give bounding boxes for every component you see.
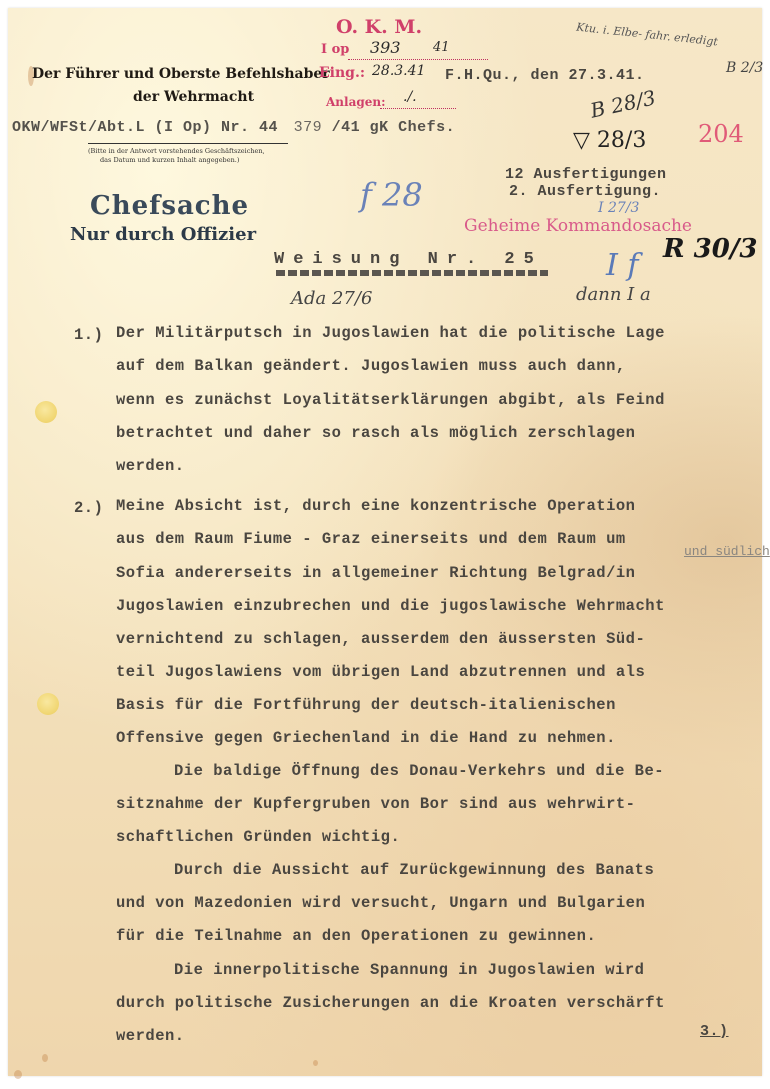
handwritten-signature: B 28/3 (588, 85, 658, 122)
place-date: F.H.Qu., den 27.3.41. (445, 67, 645, 84)
okm-eing-date: 28.3.41 (372, 63, 425, 79)
paragraph-2-line: Jugoslawien einzubrechen und die jugosla… (116, 599, 665, 615)
paragraph-2-line: und von Mazedonien wird versucht, Ungarn… (116, 896, 645, 912)
handwritten-red-number: 204 (698, 120, 744, 148)
paragraph-1-line: Der Militärputsch in Jugoslawien hat die… (116, 326, 665, 342)
okm-anlagen-label: Anlagen: (326, 95, 386, 109)
handwritten-f-mark: f 28 (360, 176, 423, 214)
stain (42, 1054, 48, 1062)
reference-suffix: /41 gK Chefs. (332, 119, 456, 136)
paragraph-2-line: Die innerpolitische Spannung in Jugoslaw… (174, 963, 644, 979)
reference-rule (88, 143, 288, 144)
punch-hole-top (35, 401, 57, 423)
letterhead-line1: Der Führer und Oberste Befehlshaber (32, 66, 330, 82)
paragraph-1-line: werden. (116, 459, 185, 475)
handwritten-top-note: Ktu. i. Elbe- fahr. erledigt (576, 21, 719, 49)
handwritten-dann-ia: dann I a (576, 284, 651, 305)
reference-prefix: OKW/WFSt/Abt.L (I Op) Nr. 44 (12, 119, 278, 136)
punch-hole-bottom (37, 693, 59, 715)
okm-anlagen-rule (380, 108, 456, 109)
geheime-kommandosache-stamp: Geheime Kommandosache (464, 216, 692, 236)
paragraph-2-line: vernichtend zu schlagen, ausserdem den ä… (116, 632, 645, 648)
reference-note-1: (Bitte in der Antwort vorstehendes Gesch… (88, 147, 265, 155)
okm-stamp-title: O. K. M. (336, 16, 422, 38)
paragraph-2-number: 2.) (74, 499, 103, 517)
reference-note-2: das Datum und kurzen Inhalt angegeben.) (100, 156, 239, 164)
handwritten-if-mark: I f (606, 248, 639, 283)
paragraph-2-line: Meine Absicht ist, durch eine konzentris… (116, 499, 635, 515)
handwritten-initial-30: R 30/3 (663, 234, 757, 264)
document-page: Der Führer und Oberste Befehlshaber der … (8, 8, 762, 1076)
title-underline (276, 270, 548, 276)
paragraph-2-line: teil Jugoslawiens vom übrigen Land abzut… (116, 665, 645, 681)
paragraph-2-line: aus dem Raum Fiume - Graz einerseits und… (116, 532, 626, 548)
okm-op-rule (348, 59, 488, 60)
reference-handnum: 379 (294, 119, 323, 136)
paragraph-2-line: für die Teilnahme an den Operationen zu … (116, 929, 596, 945)
document-title: Weisung Nr. 25 (274, 250, 543, 269)
paragraph-2-line: sitznahme der Kupfergruben von Bor sind … (116, 797, 635, 813)
paragraph-2-line: Durch die Aussicht auf Zurückgewinnung d… (174, 863, 654, 879)
paragraph-2-line: Offensive gegen Griechenland in die Hand… (116, 731, 616, 747)
chefsache-stamp-line2: Nur durch Offizier (70, 224, 256, 245)
letterhead-line2: der Wehrmacht (133, 89, 254, 105)
paragraph-1-number: 1.) (74, 326, 103, 344)
reference-number: OKW/WFSt/Abt.L (I Op) Nr. 44 379 /41 gK … (12, 119, 455, 136)
chefsache-stamp-line1: Chefsache (90, 191, 249, 221)
paragraph-2-line: schaftlichen Gründen wichtig. (116, 830, 400, 846)
stain (14, 1070, 22, 1079)
paragraph-2-line: Basis für die Fortführung der deutsch-it… (116, 698, 616, 714)
okm-eing-label: Eing.: (319, 65, 365, 81)
paragraph-2-line: Die baldige Öffnung des Donau-Verkehrs u… (174, 764, 664, 780)
paragraph-2-line: werden. (116, 1029, 185, 1045)
handwritten-initial-top: B 2/3 (726, 60, 763, 76)
continuation-mark: 3.) (700, 1023, 729, 1040)
stain (313, 1060, 318, 1066)
handwritten-below-title: Ada 27/6 (291, 288, 372, 309)
okm-anlagen-value: ./. (403, 89, 417, 105)
handwritten-triangle-mark: ▽ 28/3 (573, 128, 646, 153)
handwritten-initial-27: I 27/3 (598, 200, 639, 216)
paragraph-1-line: auf dem Balkan geändert. Jugoslawien mus… (116, 359, 626, 375)
okm-op-label: I op (321, 42, 349, 57)
paragraph-1-line: wenn es zunächst Loyalitätserklärungen a… (116, 393, 665, 409)
paragraph-1-line: betrachtet und daher so rasch als möglic… (116, 426, 635, 442)
copy-number: 2. Ausfertigung. (509, 183, 661, 200)
copies-count: 12 Ausfertigungen (505, 166, 667, 183)
paragraph-2-line: durch politische Zusicherungen an die Kr… (116, 996, 665, 1012)
paragraph-2-insertion: und südlich (684, 544, 770, 559)
okm-op-number: 393 (370, 38, 401, 57)
okm-op-year: 41 (433, 40, 450, 55)
paragraph-2-line: Sofia andererseits in allgemeiner Richtu… (116, 566, 635, 582)
